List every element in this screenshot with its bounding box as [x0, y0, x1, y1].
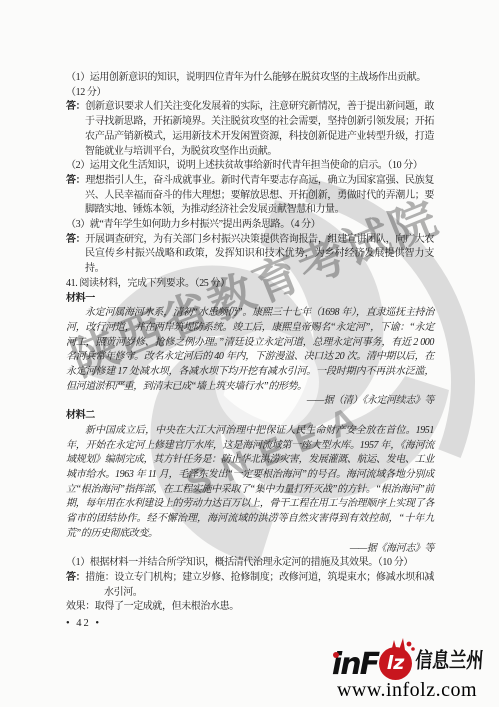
- text-block-heading: 材料一: [66, 292, 434, 307]
- text-block-answer-deep: 答：措施：设立专门机构；建立岁修、抢修制度；改修河道，筑堤束水；修减水坝和减水引…: [66, 571, 434, 600]
- page-number: • 42 •: [66, 618, 101, 629]
- logo-url: www.infolz.com: [319, 680, 495, 701]
- logo-inf-text: inF: [332, 650, 378, 680]
- text-block-answer: 答：创新意识要求人们关注变化发展着的实际，注意研究新情况，善于提出新问题，敢于寻…: [66, 100, 434, 159]
- text-block-heading: 材料二: [66, 409, 434, 424]
- logo-i-dot-icon: [333, 652, 339, 658]
- document-content: （1）运用创新意识的知识，说明四位青年为什么能够在脱贫攻坚的主战场作出贡献。（1…: [66, 71, 434, 615]
- answer-label: 答：: [66, 175, 85, 186]
- infolz-logo: inF lz 信息兰州 www.infolz.com: [319, 638, 495, 701]
- answer-label: 答：: [66, 101, 85, 112]
- text-block-answer: 答：理想指引人生，奋斗成就事业。新时代青年要志存高远，确立为国家富强、民族复兴、…: [66, 174, 434, 218]
- text-block-question: （1）运用创新意识的知识，说明四位青年为什么能够在脱贫攻坚的主战场作出贡献。: [66, 71, 434, 86]
- text-block-question: （3）就“青年学生如何助力乡村振兴”提出两条思路。（4 分）: [66, 218, 434, 233]
- text-block-question: （1）根据材料一并结合所学知识，概括清代治理永定河的措施及其效果。（10 分）: [66, 556, 434, 571]
- answer-label: 答：: [66, 234, 85, 245]
- text-block-question: （2）运用文化生活知识，说明上述扶贫故事给新时代青年担当使命的启示。（10 分）: [66, 159, 434, 174]
- text-block-citation: ——据（清）《永定河续志》等: [66, 394, 434, 409]
- answer-label: 答：: [66, 572, 85, 583]
- text-block-citation: ——据《海河志》等: [66, 542, 434, 557]
- text-block-numbered: 41. 阅读材料，完成下列要求。（25 分）: [66, 277, 434, 292]
- text-block-answer: 答：开展调查研究，为有关部门乡村振兴决策提供咨询报告，组建宣讲团队，向广大农民宣…: [66, 233, 434, 277]
- logo-badge: lz: [379, 647, 412, 680]
- text-block-material: 永定河属海河水系，清初“水患频仍”。康熙三十七年（1698 年），直隶巡抚主持治…: [66, 306, 434, 394]
- logo-spikes-icon: [389, 638, 415, 652]
- text-block-sub: 效果：取得了一定成就，但未根治水患。: [66, 600, 434, 615]
- text-block-material: 新中国成立后，中央在大江大河治理中把保证人民生命财产安全放在首位。1951 年，…: [66, 424, 434, 542]
- logo-brand-cn: 信息兰州: [414, 643, 485, 681]
- text-block-score: （12 分）: [66, 86, 434, 101]
- logo-badge-text: lz: [387, 654, 405, 673]
- logo-row: inF lz 信息兰州: [319, 638, 495, 680]
